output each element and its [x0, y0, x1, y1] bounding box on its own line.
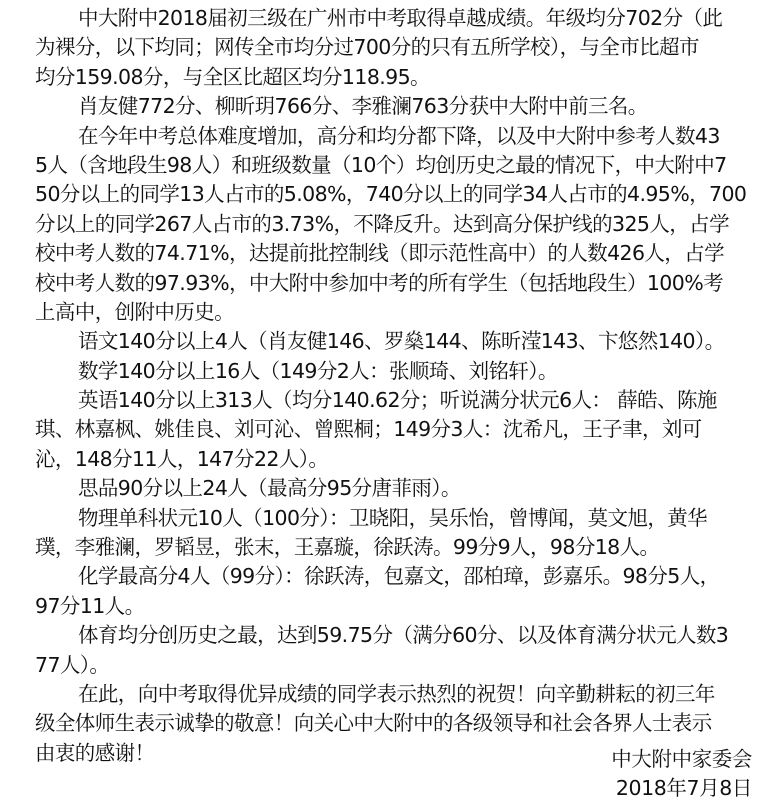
text-line: 英语140分以上313人（均分140.62分；听说满分状元6人： 薛皓、陈施: [35, 386, 760, 415]
text-line: 校中考人数的97.93%，中大附中参加中考的所有学生（包括地段生）100%考: [35, 269, 760, 298]
text-line: 化学最高分4人（99分）：徐跃涛，包嘉文，邵柏璋，彭嘉乐。98分5人，: [35, 562, 760, 591]
text-line: 校中考人数的74.71%，达提前批控制线（即示范性高中）的人数426人，占学: [35, 239, 760, 268]
signature-org: 中大附中家委会: [611, 745, 752, 774]
text-line: 体育均分创历史之最，达到59.75分（满分60分、以及体育满分状元人数3: [35, 621, 760, 650]
text-line: 97分11人。: [35, 592, 760, 621]
paragraph-chemistry: 化学最高分4人（99分）：徐跃涛，包嘉文，邵柏璋，彭嘉乐。98分5人， 97分1…: [35, 562, 760, 621]
text-line: 物理单科状元10人（100分）：卫晓阳，吴乐怡，曾博闻，莫文旭，黄华: [35, 504, 760, 533]
paragraph-top-three: 肖友健772分、柳昕玥766分、李雅澜763分获中大附中前三名。: [35, 92, 760, 121]
text-line: 数学140分以上16人（149分2人：张顺琦、刘铭轩）。: [35, 357, 760, 386]
text-line: 中大附中2018届初三级在广州市中考取得卓越成绩。年级均分702分（此: [35, 4, 760, 33]
paragraph-summary: 中大附中2018届初三级在广州市中考取得卓越成绩。年级均分702分（此 为裸分，…: [35, 4, 760, 92]
text-line: 肖友健772分、柳昕玥766分、李雅澜763分获中大附中前三名。: [35, 92, 760, 121]
text-line: 语文140分以上4人（肖友健146、罗燊144、陈昕滢143、卞悠然140）。: [35, 327, 760, 356]
text-line: 上高中，创附中历史。: [35, 298, 760, 327]
text-line: 77人）。: [35, 651, 760, 680]
text-line: 在今年中考总体难度增加，高分和均分都下降，以及中大附中参考人数43: [35, 122, 760, 151]
paragraph-english: 英语140分以上313人（均分140.62分；听说满分状元6人： 薛皓、陈施 琪…: [35, 386, 760, 474]
text-line: 5人（含地段生98人）和班级数量（10个）均创历史之最的情况下，中大附中7: [35, 151, 760, 180]
text-line: 璞，李雅澜，罗韬昱，张末，王嘉璇，徐跃涛。99分9人，98分18人。: [35, 533, 760, 562]
text-line: 为裸分，以下均同；网传全市均分过700分的只有五所学校），与全市比超市: [35, 33, 760, 62]
paragraph-physics: 物理单科状元10人（100分）：卫晓阳，吴乐怡，曾博闻，莫文旭，黄华 璞，李雅澜…: [35, 504, 760, 563]
paragraph-politics: 思品90分以上24人（最高分95分唐菲雨）。: [35, 474, 760, 503]
text-line: 均分159.08分，与全区比超区均分118.95。: [35, 63, 760, 92]
text-line: 分以上的同学267人占市的3.73%，不降反升。达到高分保护线的325人，占学: [35, 210, 760, 239]
signature-date: 2018年7月8日: [611, 774, 752, 800]
text-line: 沁，148分11人，147分22人）。: [35, 445, 760, 474]
text-line: 级全体师生表示诚挚的敬意！向关心中大附中的各级领导和社会各界人士表示: [35, 709, 760, 738]
paragraph-math: 数学140分以上16人（149分2人：张顺琦、刘铭轩）。: [35, 357, 760, 386]
text-line: 琪、林嘉枫、姚佳良、刘可沁、曾熙桐；149分3人：沈希凡，王子聿，刘可: [35, 415, 760, 444]
text-line: 思品90分以上24人（最高分95分唐菲雨）。: [35, 474, 760, 503]
document-body: 中大附中2018届初三级在广州市中考取得卓越成绩。年级均分702分（此 为裸分，…: [35, 4, 760, 768]
paragraph-pe: 体育均分创历史之最，达到59.75分（满分60分、以及体育满分状元人数3 77人…: [35, 621, 760, 680]
text-line: 在此，向中考取得优异成绩的同学表示热烈的祝贺！向辛勤耕耘的初三年: [35, 680, 760, 709]
paragraph-chinese: 语文140分以上4人（肖友健146、罗燊144、陈昕滢143、卞悠然140）。: [35, 327, 760, 356]
text-line: 50分以上的同学13人占市的5.08%，740分以上的同学34人占市的4.95%…: [35, 180, 760, 209]
paragraph-overall-stats: 在今年中考总体难度增加，高分和均分都下降，以及中大附中参考人数43 5人（含地段…: [35, 122, 760, 328]
signature-block: 中大附中家委会 2018年7月8日: [611, 745, 752, 800]
